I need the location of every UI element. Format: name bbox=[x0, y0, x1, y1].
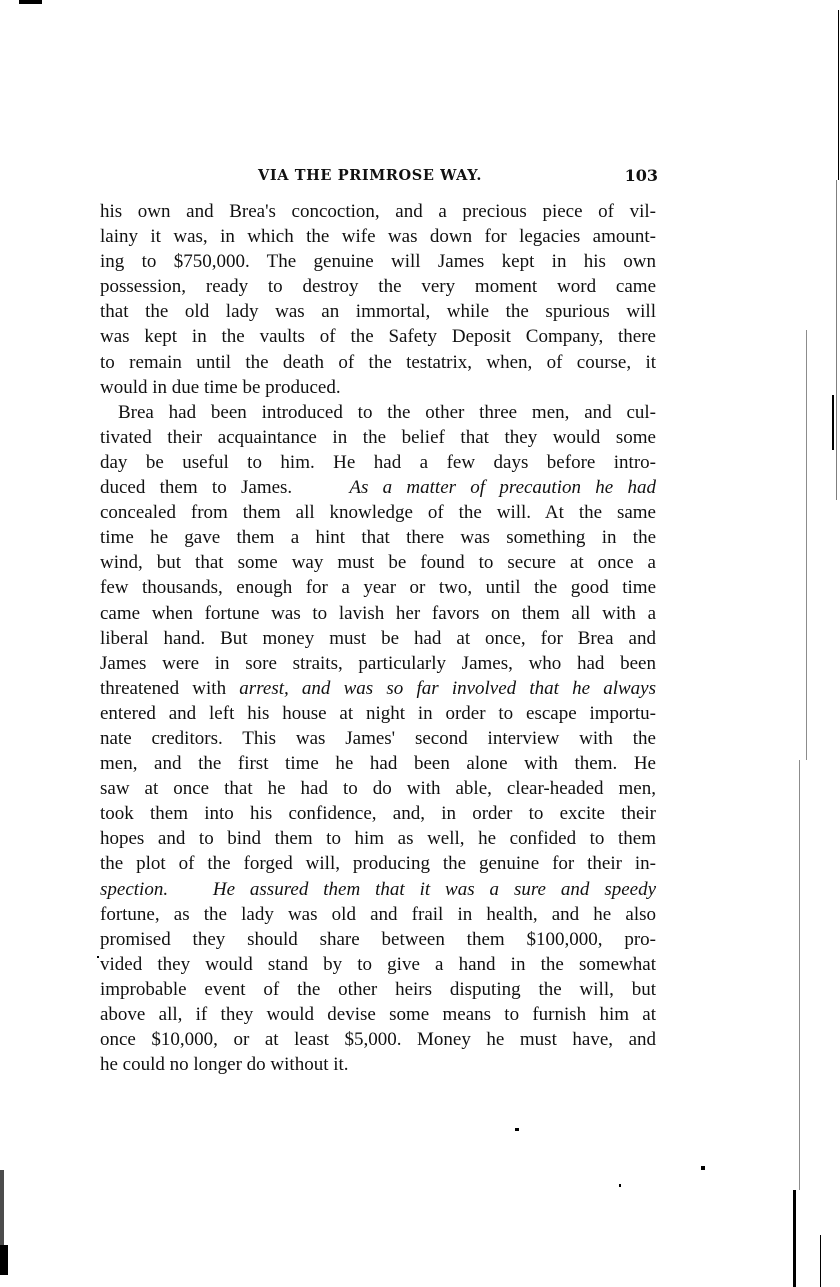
text-line: day be useful to him. He had a few days … bbox=[100, 450, 656, 475]
text-line: spection. He assured them that it was a … bbox=[100, 877, 656, 902]
speck bbox=[515, 1128, 519, 1131]
page-number: 103 bbox=[625, 166, 658, 185]
text-line: James were in sore straits, particularly… bbox=[100, 651, 656, 676]
text-line: his own and Brea's concoction, and a pre… bbox=[100, 199, 656, 224]
text-line: tivated their acquaintance in the belief… bbox=[100, 425, 656, 450]
text-line: above all, if they would devise some mea… bbox=[100, 1002, 656, 1027]
running-title: VIA THE PRIMROSE WAY. bbox=[258, 167, 482, 184]
text-line: wind, but that some way must be found to… bbox=[100, 550, 656, 575]
text-line: came when fortune was to lavish her favo… bbox=[100, 601, 656, 626]
scan-artifact-right-bottom-2 bbox=[820, 1235, 821, 1287]
text-line: possession, ready to destroy the very mo… bbox=[100, 274, 656, 299]
text-run: threatened with bbox=[100, 678, 226, 699]
scan-artifact-right-bottom bbox=[793, 1190, 796, 1287]
scan-artifact-right-edge bbox=[838, 10, 839, 180]
text-line: concealed from them all knowledge of the… bbox=[100, 500, 656, 525]
text-line: liberal hand. But money must be had at o… bbox=[100, 626, 656, 651]
speck bbox=[97, 956, 99, 958]
scan-artifact-right-line-lower bbox=[799, 760, 800, 1190]
scan-artifact-right-tick bbox=[832, 395, 834, 450]
text-line: took them into his confidence, and, in o… bbox=[100, 801, 656, 826]
text-line: hopes and to bind them to him as well, h… bbox=[100, 826, 656, 851]
italic-run: As a matter of precaution he had bbox=[349, 477, 656, 498]
italic-run: He assured them that it was a sure and s… bbox=[213, 879, 656, 900]
text-line: duced them to James. As a matter of prec… bbox=[100, 475, 656, 500]
speck bbox=[619, 1184, 621, 1187]
text-line: was kept in the vaults of the Safety Dep… bbox=[100, 324, 656, 349]
text-line: vided they would stand by to give a hand… bbox=[100, 952, 656, 977]
scan-artifact-right-line bbox=[806, 330, 807, 760]
paragraph-1: his own and Brea's concoction, and a pre… bbox=[100, 199, 656, 400]
paragraph-2: Brea had been introduced to the other th… bbox=[100, 400, 656, 1078]
text-line: fortune, as the lady was old and frail i… bbox=[100, 902, 656, 927]
text-line: few thousands, enough for a year or two,… bbox=[100, 575, 656, 600]
italic-run: arrest, and was so far involved that he … bbox=[239, 678, 656, 699]
text-run: duced them to James. bbox=[100, 477, 292, 498]
scan-artifact-right-edge-2 bbox=[836, 180, 837, 500]
text-line: once $10,000, or at least $5,000. Money … bbox=[100, 1027, 656, 1052]
text-line: he could no longer do without it. bbox=[100, 1052, 656, 1077]
scan-artifact-bottom-left-2 bbox=[0, 1245, 8, 1275]
text-line: threatened with arrest, and was so far i… bbox=[100, 676, 656, 701]
text-line: entered and left his house at night in o… bbox=[100, 701, 656, 726]
text-line: ing to $750,000. The genuine will James … bbox=[100, 249, 656, 274]
book-page: VIA THE PRIMROSE WAY. 103 his own and Br… bbox=[100, 163, 656, 1077]
text-line: men, and the first time he had been alon… bbox=[100, 751, 656, 776]
italic-run: spection. bbox=[100, 879, 168, 900]
speck bbox=[701, 1166, 705, 1170]
text-line: that the old lady was an immortal, while… bbox=[100, 299, 656, 324]
text-line: promised they should share between them … bbox=[100, 927, 656, 952]
text-line: improbable event of the other heirs disp… bbox=[100, 977, 656, 1002]
text-line: time he gave them a hint that there was … bbox=[100, 525, 656, 550]
text-line: Brea had been introduced to the other th… bbox=[100, 400, 656, 425]
text-line: would in due time be produced. bbox=[100, 375, 656, 400]
running-head: VIA THE PRIMROSE WAY. 103 bbox=[100, 163, 656, 187]
text-line: saw at once that he had to do with able,… bbox=[100, 776, 656, 801]
text-line: lainy it was, in which the wife was down… bbox=[100, 224, 656, 249]
text-line: nate creditors. This was James' second i… bbox=[100, 726, 656, 751]
scan-artifact-top-left bbox=[19, 0, 42, 4]
text-line: to remain until the death of the testatr… bbox=[100, 350, 656, 375]
text-line: the plot of the forged will, producing t… bbox=[100, 851, 656, 876]
